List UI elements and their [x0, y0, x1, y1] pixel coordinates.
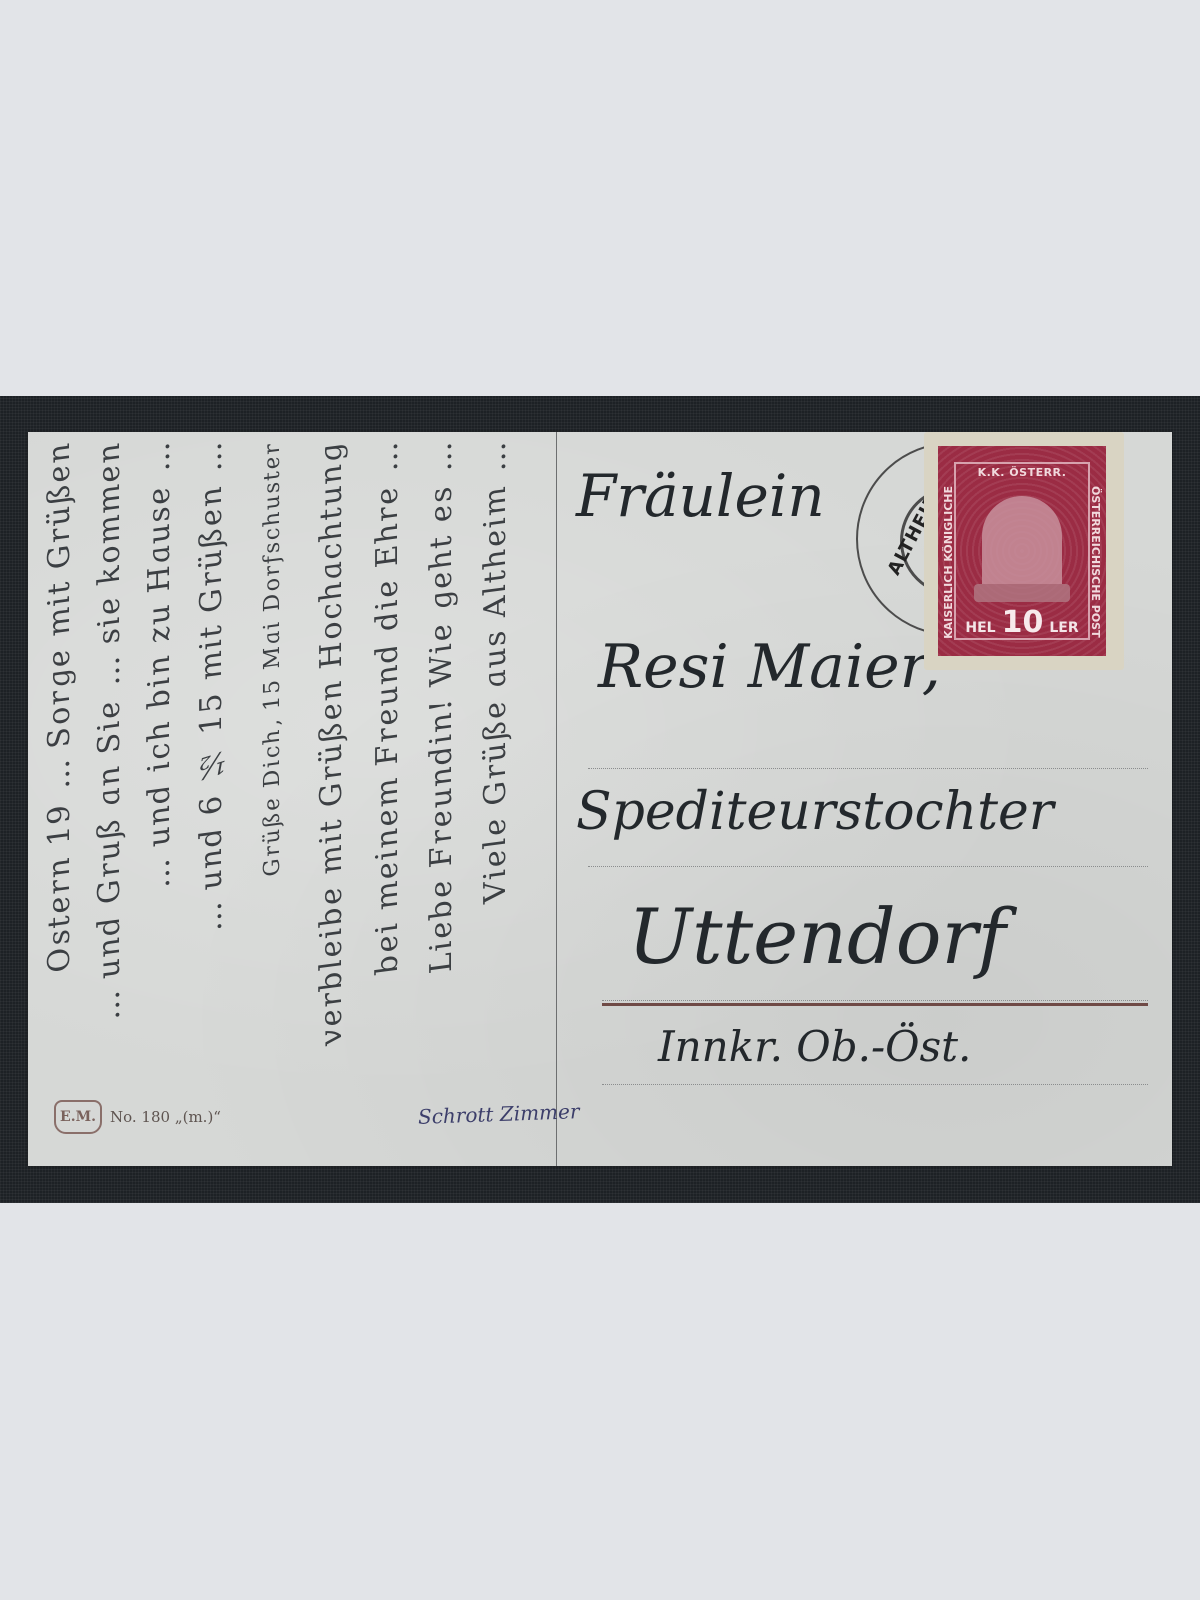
message-line: … und ich bin zu Hause …	[142, 436, 177, 896]
message-line: … und Gruß an Sie … sie kommen	[92, 436, 127, 1028]
message-area: Ostern 19 … Sorge mit Grüßen … und Gruß …	[34, 442, 544, 1082]
message-line: verbleibe mit Grüßen Hochachtung	[314, 436, 349, 1051]
message-line: Grüße Dich, 15 Mai Dorfschuster	[260, 438, 285, 880]
message-line: Liebe Freundin! Wie geht es …	[424, 436, 459, 978]
message-line: … und 6 ½ 15 mit Grüßen …	[194, 436, 229, 939]
address-salutation: Fräulein	[576, 462, 825, 530]
stamp-value: 10	[1002, 605, 1044, 640]
address-rule	[602, 1084, 1148, 1085]
message-line: Ostern 19 … Sorge mit Grüßen	[42, 436, 77, 977]
postcard: Ostern 19 … Sorge mit Grüßen … und Gruß …	[28, 432, 1172, 1166]
stamp-denomination: HEL 10 LER	[938, 605, 1106, 640]
address-town: Uttendorf	[628, 892, 1006, 981]
stamp-top-text: K.K. ÖSTERR.	[938, 466, 1106, 479]
message-line: Viele Grüße aus Altheim …	[478, 436, 513, 908]
publisher-mark: E.M. No. 180 „(m.)“	[54, 1100, 221, 1134]
address-rule	[588, 866, 1148, 867]
address-rule	[602, 1000, 1148, 1001]
publisher-number: No. 180 „(m.)“	[110, 1108, 221, 1126]
center-divider	[556, 432, 557, 1166]
address-region: Innkr. Ob.-Öst.	[658, 1022, 971, 1071]
crown-icon	[982, 496, 1062, 596]
stamp-currency-left: HEL	[965, 620, 995, 636]
stamp-design: K.K. ÖSTERR. KAISERLICH KÖNIGLICHE ÖSTER…	[938, 446, 1106, 656]
publisher-logo: E.M.	[54, 1100, 102, 1134]
message-line: bei meinem Freund die Ehre …	[370, 436, 405, 980]
address-rule-solid	[602, 1003, 1148, 1006]
stamp-currency-right: LER	[1049, 620, 1078, 636]
address-name: Resi Maier,	[598, 632, 941, 702]
address-rule	[588, 768, 1148, 769]
address-occupation: Spediteurstochter	[576, 782, 1054, 842]
postage-stamp: K.K. ÖSTERR. KAISERLICH KÖNIGLICHE ÖSTER…	[924, 432, 1124, 670]
